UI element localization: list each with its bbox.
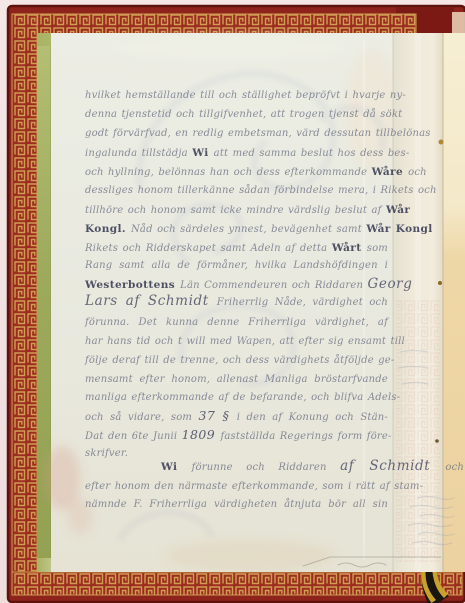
gold-rivet: [438, 281, 442, 285]
parchment-page: [44, 33, 398, 572]
page-corner: [452, 12, 465, 34]
photographed-book-page: hvilket hemställande till och ställighet…: [0, 0, 465, 603]
gold-rivet: [439, 140, 444, 145]
fore-edge-pages: [393, 33, 465, 572]
border-show-through: [396, 300, 440, 562]
book-frame-graphic: [0, 0, 465, 603]
gold-rivet: [435, 439, 439, 443]
